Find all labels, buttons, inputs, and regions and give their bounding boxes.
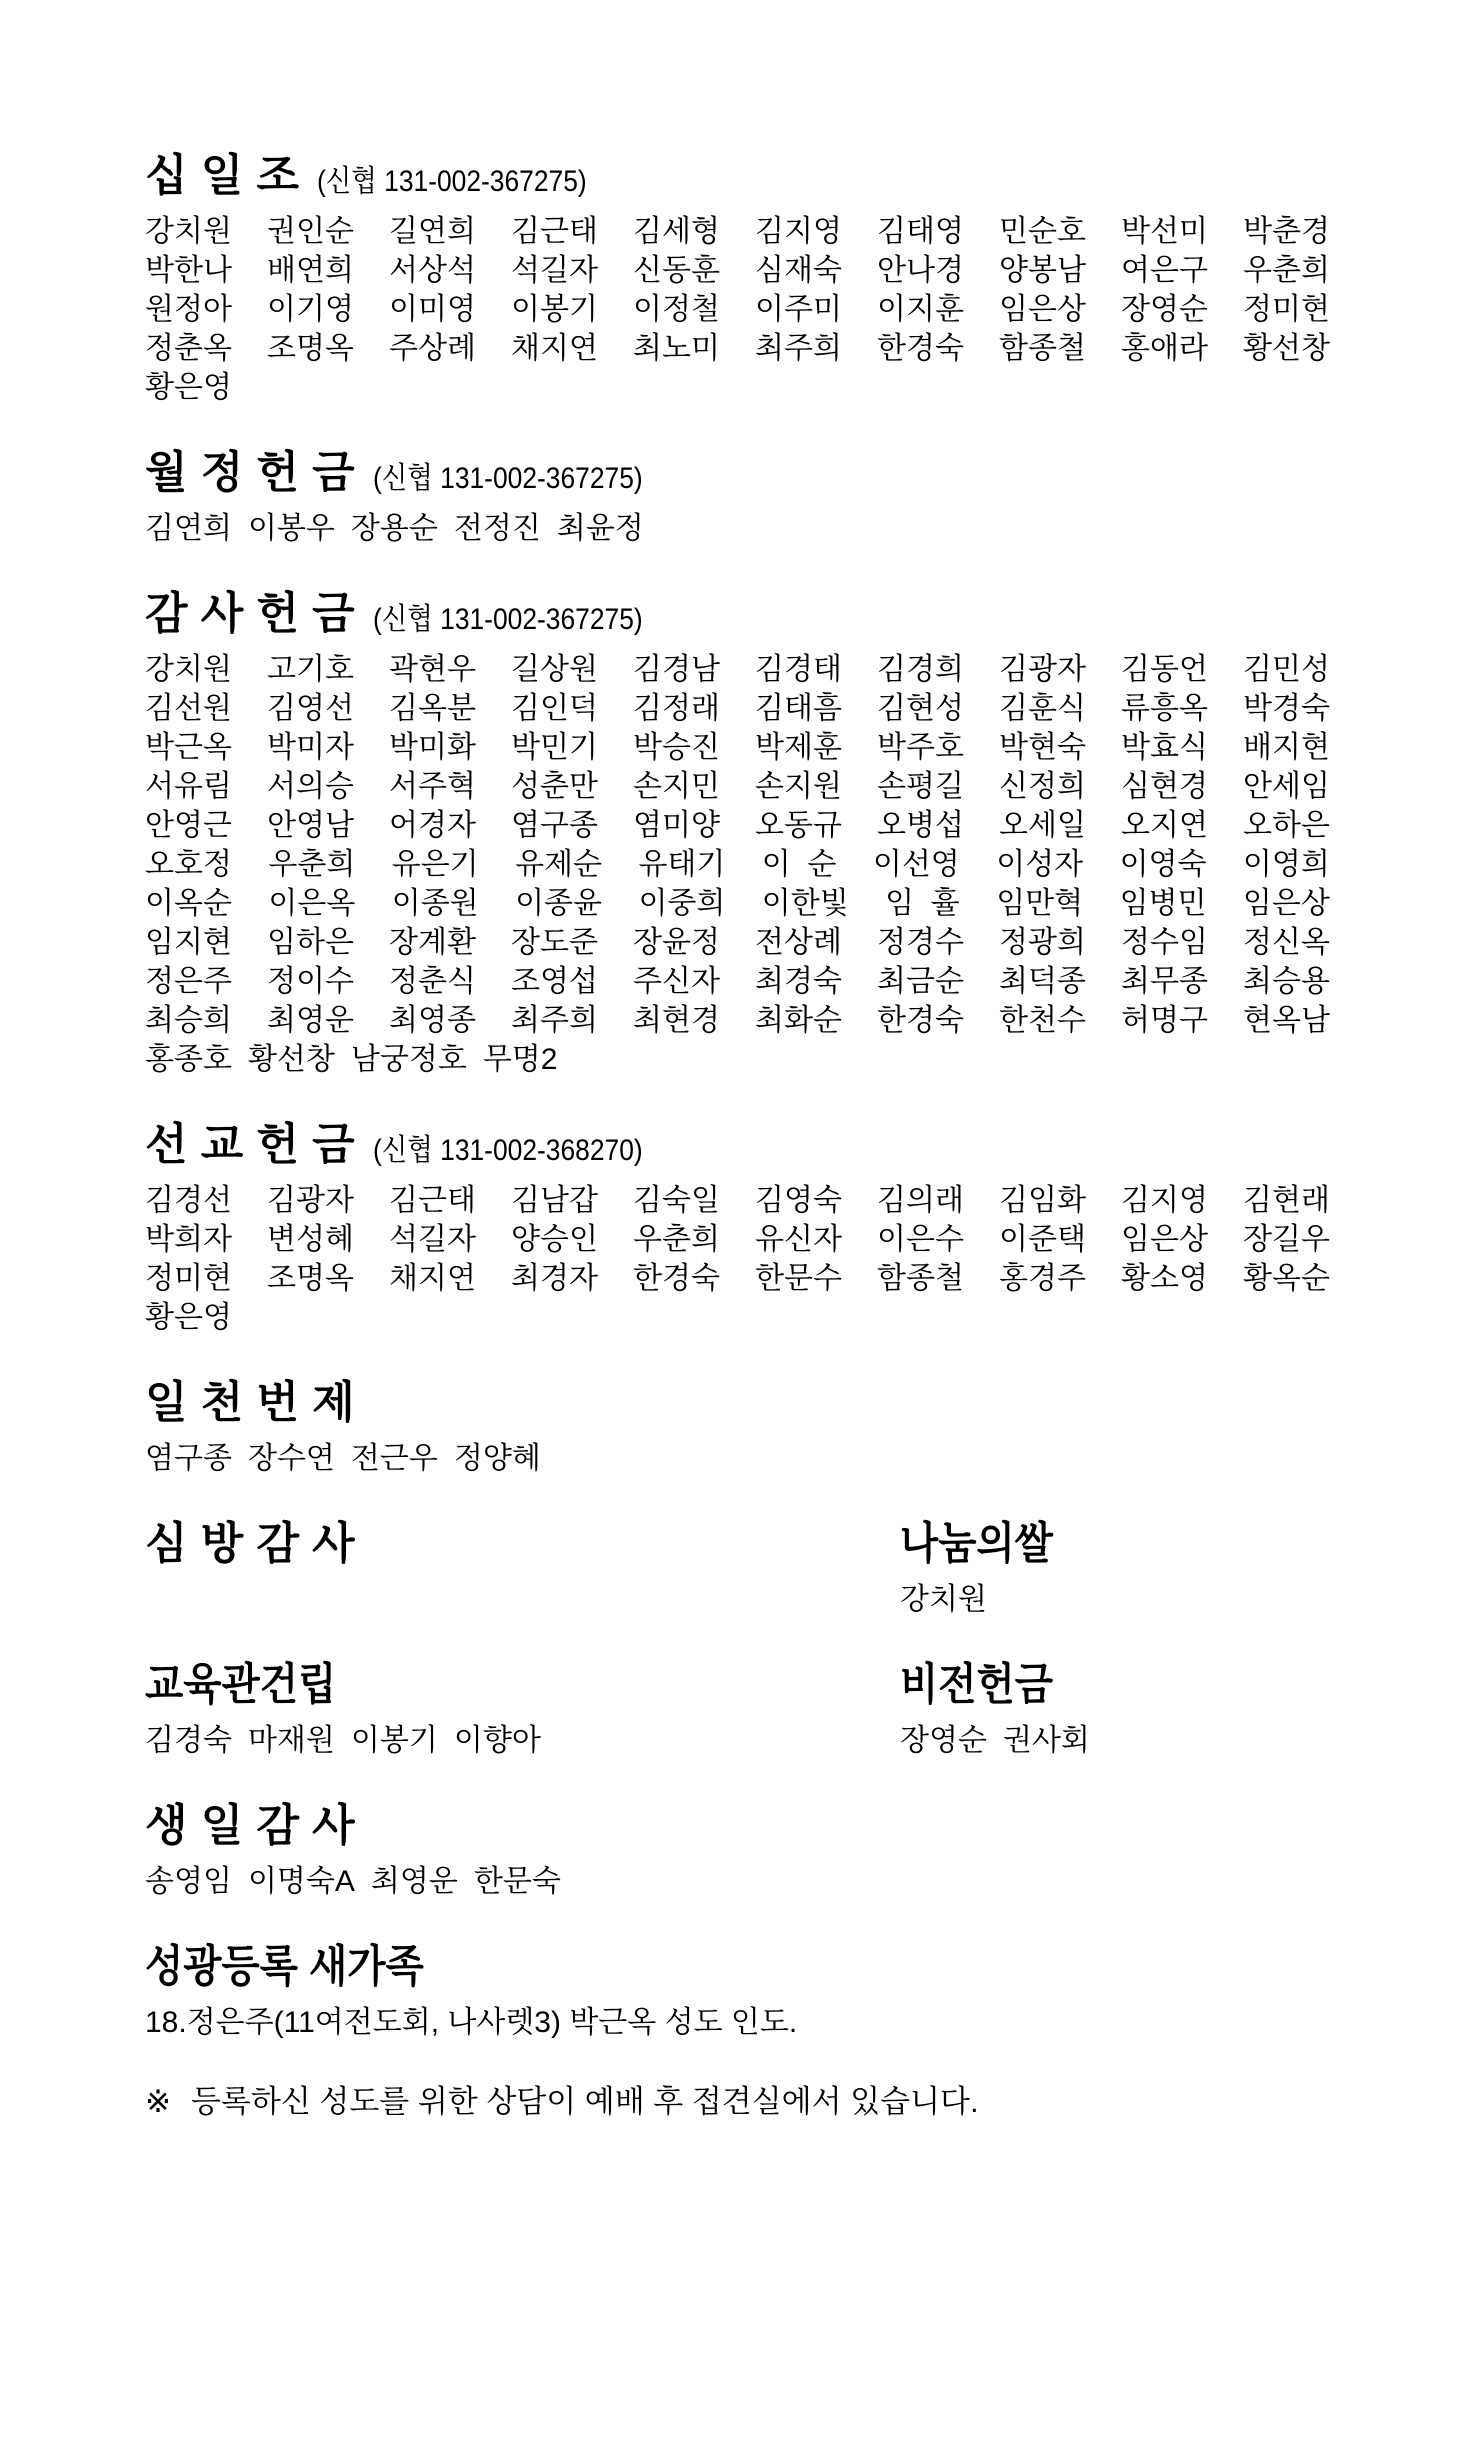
person-name: 이봉우	[248, 509, 335, 548]
person-name: 유태기	[638, 845, 725, 884]
name-line: 강치원권인순길연희김근태김세형김지영김태영민순호박선미박춘경	[145, 212, 1330, 251]
person-name: 김정래	[633, 689, 720, 728]
person-name: 우춘희	[633, 1220, 720, 1259]
person-name: 임 휼	[885, 884, 960, 923]
person-name: 홍애라	[1121, 329, 1208, 368]
person-name: 김옥분	[389, 689, 476, 728]
person-name: 장길우	[1243, 1220, 1330, 1259]
person-name: 정미현	[145, 1259, 232, 1298]
section-birthday-thanks: 생 일 감 사송영임이명숙A최영운한문숙	[145, 1800, 1330, 1901]
person-name: 임하은	[267, 923, 354, 962]
person-name: 이명숙A	[248, 1862, 355, 1901]
person-name: 한문수	[755, 1259, 842, 1298]
person-name: 이성자	[996, 845, 1083, 884]
section-rice-of-sharing: 나눔의쌀강치원	[900, 1518, 1330, 1619]
person-name: 조명옥	[267, 1259, 354, 1298]
section-one-thousand-burnt-offering: 일 천 번 제염구종장수연전근우정양혜	[145, 1377, 1330, 1478]
person-name: 심현경	[1121, 767, 1208, 806]
document-page: 십 일 조(신협 131-002-367275)강치원권인순길연희김근태김세형김…	[0, 0, 1476, 2445]
person-name: 심재숙	[755, 251, 842, 290]
section-account-tithe: (신협 131-002-367275)	[317, 156, 587, 200]
footer-note: ※ 등록하신 성도를 위한 상담이 예배 후 접견실에서 있습니다.	[145, 2082, 1330, 2122]
section-header-thanksgiving-offering: 감 사 헌 금(신협 131-002-367275)	[145, 588, 1330, 640]
person-name: 배지현	[1243, 728, 1330, 767]
person-name: 김지영	[755, 212, 842, 251]
person-name: 김태흠	[755, 689, 842, 728]
person-name: 안세임	[1243, 767, 1330, 806]
section-title-visitation-thanks: 심 방 감 사	[145, 1518, 355, 1570]
person-name: 이영희	[1243, 845, 1330, 884]
section-account-monthly-pledge-offering: (신협 131-002-367275)	[373, 453, 643, 497]
person-name: 최영운	[371, 1862, 458, 1901]
person-name: 최덕종	[999, 962, 1086, 1001]
section-title-education-hall-building: 교육관건립	[145, 1659, 336, 1711]
person-name: 허명구	[1121, 1001, 1208, 1040]
person-name: 김광자	[267, 1181, 354, 1220]
section-title-one-thousand-burnt-offering: 일 천 번 제	[145, 1377, 355, 1429]
person-name: 염구종	[145, 1439, 232, 1478]
section-title-mission-offering: 선 교 헌 금	[145, 1119, 355, 1171]
person-name: 이영숙	[1120, 845, 1207, 884]
section-title-thanksgiving-offering: 감 사 헌 금	[145, 588, 355, 640]
person-name: 조명옥	[267, 329, 354, 368]
person-name: 전정진	[454, 509, 541, 548]
person-name: 이봉기	[511, 290, 598, 329]
person-name: 고기호	[267, 650, 354, 689]
person-name: 서상석	[389, 251, 476, 290]
person-name: 이봉기	[351, 1721, 438, 1760]
person-name: 오호정	[145, 845, 232, 884]
name-line: 김연희이봉우장용순전정진최윤정	[145, 509, 1330, 548]
person-name: 박민기	[511, 728, 598, 767]
person-name: 김인덕	[511, 689, 598, 728]
person-name: 채지연	[511, 329, 598, 368]
name-line: 안영근안영남어경자염구종염미양오동규오병섭오세일오지연오하은	[145, 806, 1330, 845]
person-name: 장계환	[389, 923, 476, 962]
person-name: 길상원	[511, 650, 598, 689]
person-name: 박경숙	[1243, 689, 1330, 728]
person-name: 안영근	[145, 806, 232, 845]
person-name: 강치원	[145, 212, 232, 251]
person-name: 서주혁	[389, 767, 476, 806]
name-line: 정미현조명옥채지연최경자한경숙한문수함종철홍경주황소영황옥순	[145, 1259, 1330, 1298]
person-name: 박제훈	[755, 728, 842, 767]
name-line: 서유림서의승서주혁성춘만손지민손지원손평길신정희심현경안세임	[145, 767, 1330, 806]
person-name: 김영선	[267, 689, 354, 728]
name-line: 박희자변성혜석길자양승인우춘희유신자이은수이준택임은상장길우	[145, 1220, 1330, 1259]
person-name: 박미화	[389, 728, 476, 767]
person-name: 황선창	[248, 1040, 335, 1079]
person-name: 양승인	[511, 1220, 598, 1259]
person-name: 오하은	[1243, 806, 1330, 845]
person-name: 김지영	[1121, 1181, 1208, 1220]
name-line: 강치원	[900, 1580, 1330, 1619]
person-name: 최현경	[633, 1001, 720, 1040]
person-name: 김근태	[511, 212, 598, 251]
person-name: 박근옥	[145, 728, 232, 767]
person-name: 최윤정	[557, 509, 644, 548]
person-name: 김동언	[1121, 650, 1208, 689]
name-line: 정춘옥조명옥주상례채지연최노미최주희한경숙함종철홍애라황선창	[145, 329, 1330, 368]
person-name: 강치원	[145, 650, 232, 689]
person-name: 원정아	[145, 290, 232, 329]
section-title-birthday-thanks: 생 일 감 사	[145, 1800, 355, 1852]
person-name: 주상례	[389, 329, 476, 368]
person-name: 조영섭	[511, 962, 598, 1001]
person-name: 염미양	[633, 806, 720, 845]
person-name: 홍종호	[145, 1040, 232, 1079]
person-name: 전상례	[755, 923, 842, 962]
person-name: 최주희	[755, 329, 842, 368]
name-line: 원정아이기영이미영이봉기이정철이주미이지훈임은상장영순정미현	[145, 290, 1330, 329]
person-name: 장윤정	[633, 923, 720, 962]
person-name: 정춘옥	[145, 329, 232, 368]
person-name: 안나경	[877, 251, 964, 290]
person-name: 함종철	[999, 329, 1086, 368]
person-name: 김현래	[1243, 1181, 1330, 1220]
person-name: 유은기	[392, 845, 479, 884]
person-name: 장영순	[1121, 290, 1208, 329]
person-name: 김경태	[755, 650, 842, 689]
two-column-row: 교육관건립김경숙마재원이봉기이향아비전헌금장영순권사회	[145, 1659, 1330, 1760]
person-name: 최영운	[267, 1001, 354, 1040]
person-name: 무명2	[483, 1040, 558, 1079]
person-name: 권인순	[267, 212, 354, 251]
person-name: 변성혜	[267, 1220, 354, 1259]
person-name: 홍경주	[999, 1259, 1086, 1298]
person-name: 김근태	[389, 1181, 476, 1220]
person-name: 박미자	[267, 728, 354, 767]
person-name: 오지연	[1121, 806, 1208, 845]
section-header-mission-offering: 선 교 헌 금(신협 131-002-368270)	[145, 1119, 1330, 1171]
section-header-one-thousand-burnt-offering: 일 천 번 제	[145, 1377, 1330, 1429]
person-name: 장수연	[248, 1439, 335, 1478]
person-name: 김경숙	[145, 1721, 232, 1760]
person-name: 이옥순	[145, 884, 232, 923]
section-title-monthly-pledge-offering: 월 정 헌 금	[145, 447, 355, 499]
person-name: 임지현	[145, 923, 232, 962]
person-name: 이종원	[392, 884, 479, 923]
person-name: 최금순	[877, 962, 964, 1001]
person-name: 강치원	[900, 1580, 987, 1619]
person-name: 이은옥	[268, 884, 355, 923]
two-column-row: 심 방 감 사나눔의쌀강치원	[145, 1518, 1330, 1619]
person-name: 정경수	[877, 923, 964, 962]
person-name: 이정철	[633, 290, 720, 329]
person-name: 김의래	[877, 1181, 964, 1220]
section-header-new-family-registration: 성광등록 새가족	[145, 1941, 1330, 1993]
name-line: 김경숙마재원이봉기이향아	[145, 1721, 900, 1760]
section-header-visitation-thanks: 심 방 감 사	[145, 1518, 900, 1570]
person-name: 김태영	[877, 212, 964, 251]
section-account-thanksgiving-offering: (신협 131-002-367275)	[373, 594, 643, 638]
person-name: 이준택	[999, 1220, 1086, 1259]
person-name: 한천수	[999, 1001, 1086, 1040]
person-name: 최주희	[511, 1001, 598, 1040]
section-account-mission-offering: (신협 131-002-368270)	[373, 1125, 643, 1169]
person-name: 김경희	[877, 650, 964, 689]
section-title-vision-offering: 비전헌금	[900, 1659, 1053, 1711]
person-name: 최영종	[389, 1001, 476, 1040]
person-name: 어경자	[389, 806, 476, 845]
person-name: 양봉남	[999, 251, 1086, 290]
person-name: 김민성	[1243, 650, 1330, 689]
name-line: 김경선김광자김근태김남갑김숙일김영숙김의래김임화김지영김현래	[145, 1181, 1330, 1220]
person-name: 18.정은주(11여전도회, 나사렛3) 박근옥 성도 인도.	[145, 2003, 797, 2042]
person-name: 임은상	[1121, 1220, 1208, 1259]
person-name: 한경숙	[877, 1001, 964, 1040]
person-name: 박선미	[1121, 212, 1208, 251]
section-title-tithe: 십 일 조	[145, 150, 299, 202]
person-name: 석길자	[511, 251, 598, 290]
person-name: 채지연	[389, 1259, 476, 1298]
person-name: 석길자	[389, 1220, 476, 1259]
person-name: 손평길	[877, 767, 964, 806]
person-name: 남궁정호	[351, 1040, 467, 1079]
person-name: 김광자	[999, 650, 1086, 689]
person-name: 정신옥	[1243, 923, 1330, 962]
person-name: 박주호	[877, 728, 964, 767]
person-name: 김숙일	[633, 1181, 720, 1220]
person-name: 염구종	[511, 806, 598, 845]
person-name: 김선원	[145, 689, 232, 728]
person-name: 정이수	[267, 962, 354, 1001]
section-header-rice-of-sharing: 나눔의쌀	[900, 1518, 1330, 1570]
name-line: 정은주정이수정춘식조영섭주신자최경숙최금순최덕종최무종최승용	[145, 962, 1330, 1001]
section-education-hall-building: 교육관건립김경숙마재원이봉기이향아	[145, 1659, 900, 1760]
section-header-vision-offering: 비전헌금	[900, 1659, 1330, 1711]
section-title-rice-of-sharing: 나눔의쌀	[900, 1518, 1053, 1570]
person-name: 전근우	[351, 1439, 438, 1478]
person-name: 손지원	[755, 767, 842, 806]
name-line: 황은영	[145, 368, 1330, 407]
section-monthly-pledge-offering: 월 정 헌 금(신협 131-002-367275)김연희이봉우장용순전정진최윤…	[145, 447, 1330, 548]
person-name: 우춘희	[268, 845, 355, 884]
person-name: 곽현우	[389, 650, 476, 689]
person-name: 오동규	[755, 806, 842, 845]
section-vision-offering: 비전헌금장영순권사회	[900, 1659, 1330, 1760]
person-name: 김연희	[145, 509, 232, 548]
person-name: 정은주	[145, 962, 232, 1001]
person-name: 임병민	[1120, 884, 1207, 923]
name-line: 송영임이명숙A최영운한문숙	[145, 1862, 1330, 1901]
person-name: 권사회	[1003, 1721, 1090, 1760]
person-name: 박효식	[1121, 728, 1208, 767]
person-name: 한경숙	[633, 1259, 720, 1298]
person-name: 길연희	[389, 212, 476, 251]
person-name: 주신자	[633, 962, 720, 1001]
person-name: 김경선	[145, 1181, 232, 1220]
person-name: 최승희	[145, 1001, 232, 1040]
person-name: 장용순	[351, 509, 438, 548]
person-name: 이미영	[389, 290, 476, 329]
section-title-new-family-registration: 성광등록 새가족	[145, 1941, 424, 1993]
person-name: 정광희	[999, 923, 1086, 962]
person-name: 임은상	[1243, 884, 1330, 923]
section-header-tithe: 십 일 조(신협 131-002-367275)	[145, 150, 1330, 202]
person-name: 안영남	[267, 806, 354, 845]
footer-text: 등록하신 성도를 위한 상담이 예배 후 접견실에서 있습니다.	[191, 2082, 979, 2122]
person-name: 박승진	[633, 728, 720, 767]
person-name: 황은영	[145, 1298, 232, 1337]
name-line: 홍종호황선창남궁정호무명2	[145, 1040, 1330, 1079]
person-name: 민순호	[999, 212, 1086, 251]
person-name: 유제순	[515, 845, 602, 884]
person-name: 서유림	[145, 767, 232, 806]
person-name: 유신자	[755, 1220, 842, 1259]
section-mission-offering: 선 교 헌 금(신협 131-002-368270)김경선김광자김근태김남갑김숙…	[145, 1119, 1330, 1337]
person-name: 성춘만	[511, 767, 598, 806]
person-name: 장도준	[511, 923, 598, 962]
person-name: 손지민	[633, 767, 720, 806]
section-new-family-registration: 성광등록 새가족18.정은주(11여전도회, 나사렛3) 박근옥 성도 인도.	[145, 1941, 1330, 2042]
person-name: 김남갑	[511, 1181, 598, 1220]
person-name: 김임화	[999, 1181, 1086, 1220]
person-name: 오병섭	[877, 806, 964, 845]
person-name: 최무종	[1121, 962, 1208, 1001]
person-name: 김영숙	[755, 1181, 842, 1220]
person-name: 김세형	[633, 212, 720, 251]
name-line: 황은영	[145, 1298, 1330, 1337]
sections: 십 일 조(신협 131-002-367275)강치원권인순길연희김근태김세형김…	[145, 150, 1330, 2042]
person-name: 김현성	[877, 689, 964, 728]
section-thanksgiving-offering: 감 사 헌 금(신협 131-002-367275)강치원고기호곽현우길상원김경…	[145, 588, 1330, 1079]
person-name: 박한나	[145, 251, 232, 290]
person-name: 서의승	[267, 767, 354, 806]
name-line: 이옥순이은옥이종원이종윤이중희이한빛임 휼임만혁임병민임은상	[145, 884, 1330, 923]
person-name: 이기영	[267, 290, 354, 329]
person-name: 여은구	[1121, 251, 1208, 290]
name-line: 박근옥박미자박미화박민기박승진박제훈박주호박현숙박효식배지현	[145, 728, 1330, 767]
section-header-monthly-pledge-offering: 월 정 헌 금(신협 131-002-367275)	[145, 447, 1330, 499]
person-name: 황소영	[1121, 1259, 1208, 1298]
name-line: 최승희최영운최영종최주희최현경최화순한경숙한천수허명구현옥남	[145, 1001, 1330, 1040]
name-line: 장영순권사회	[900, 1721, 1330, 1760]
person-name: 이종윤	[515, 884, 602, 923]
name-line: 오호정우춘희유은기유제순유태기이 순이선영이성자이영숙이영희	[145, 845, 1330, 884]
person-name: 임만혁	[996, 884, 1083, 923]
name-line: 강치원고기호곽현우길상원김경남김경태김경희김광자김동언김민성	[145, 650, 1330, 689]
person-name: 박현숙	[999, 728, 1086, 767]
person-name: 최승용	[1243, 962, 1330, 1001]
person-name: 이주미	[755, 290, 842, 329]
person-name: 배연희	[267, 251, 354, 290]
person-name: 정미현	[1243, 290, 1330, 329]
person-name: 이선영	[873, 845, 960, 884]
person-name: 장영순	[900, 1721, 987, 1760]
section-tithe: 십 일 조(신협 131-002-367275)강치원권인순길연희김근태김세형김…	[145, 150, 1330, 407]
person-name: 최경숙	[755, 962, 842, 1001]
person-name: 김훈식	[999, 689, 1086, 728]
person-name: 정수임	[1121, 923, 1208, 962]
person-name: 김경남	[633, 650, 720, 689]
section-visitation-thanks: 심 방 감 사	[145, 1518, 900, 1619]
person-name: 오세일	[999, 806, 1086, 845]
name-line: 임지현임하은장계환장도준장윤정전상례정경수정광희정수임정신옥	[145, 923, 1330, 962]
person-name: 황은영	[145, 368, 232, 407]
person-name: 마재원	[248, 1721, 335, 1760]
reference-mark: ※	[145, 2082, 171, 2122]
person-name: 한문숙	[474, 1862, 561, 1901]
person-name: 황옥순	[1243, 1259, 1330, 1298]
person-name: 박희자	[145, 1220, 232, 1259]
person-name: 정춘식	[389, 962, 476, 1001]
person-name: 한경숙	[877, 329, 964, 368]
person-name: 신정희	[999, 767, 1086, 806]
person-name: 이은수	[877, 1220, 964, 1259]
person-name: 이향아	[454, 1721, 541, 1760]
person-name: 함종철	[877, 1259, 964, 1298]
person-name: 임은상	[999, 290, 1086, 329]
person-name: 우춘희	[1243, 251, 1330, 290]
section-header-birthday-thanks: 생 일 감 사	[145, 1800, 1330, 1852]
person-name: 최경자	[511, 1259, 598, 1298]
person-name: 이중희	[638, 884, 725, 923]
person-name: 황선창	[1243, 329, 1330, 368]
person-name: 이 순	[762, 845, 837, 884]
person-name: 송영임	[145, 1862, 232, 1901]
person-name: 신동훈	[633, 251, 720, 290]
name-line: 박한나배연희서상석석길자신동훈심재숙안나경양봉남여은구우춘희	[145, 251, 1330, 290]
person-name: 최화순	[755, 1001, 842, 1040]
section-header-education-hall-building: 교육관건립	[145, 1659, 900, 1711]
person-name: 류흥옥	[1121, 689, 1208, 728]
person-name: 정양혜	[454, 1439, 541, 1478]
person-name: 최노미	[633, 329, 720, 368]
name-line: 염구종장수연전근우정양혜	[145, 1439, 1330, 1478]
name-line: 18.정은주(11여전도회, 나사렛3) 박근옥 성도 인도.	[145, 2003, 1330, 2042]
person-name: 현옥남	[1243, 1001, 1330, 1040]
person-name: 이한빛	[762, 884, 849, 923]
person-name: 박춘경	[1243, 212, 1330, 251]
person-name: 이지훈	[877, 290, 964, 329]
name-line: 김선원김영선김옥분김인덕김정래김태흠김현성김훈식류흥옥박경숙	[145, 689, 1330, 728]
